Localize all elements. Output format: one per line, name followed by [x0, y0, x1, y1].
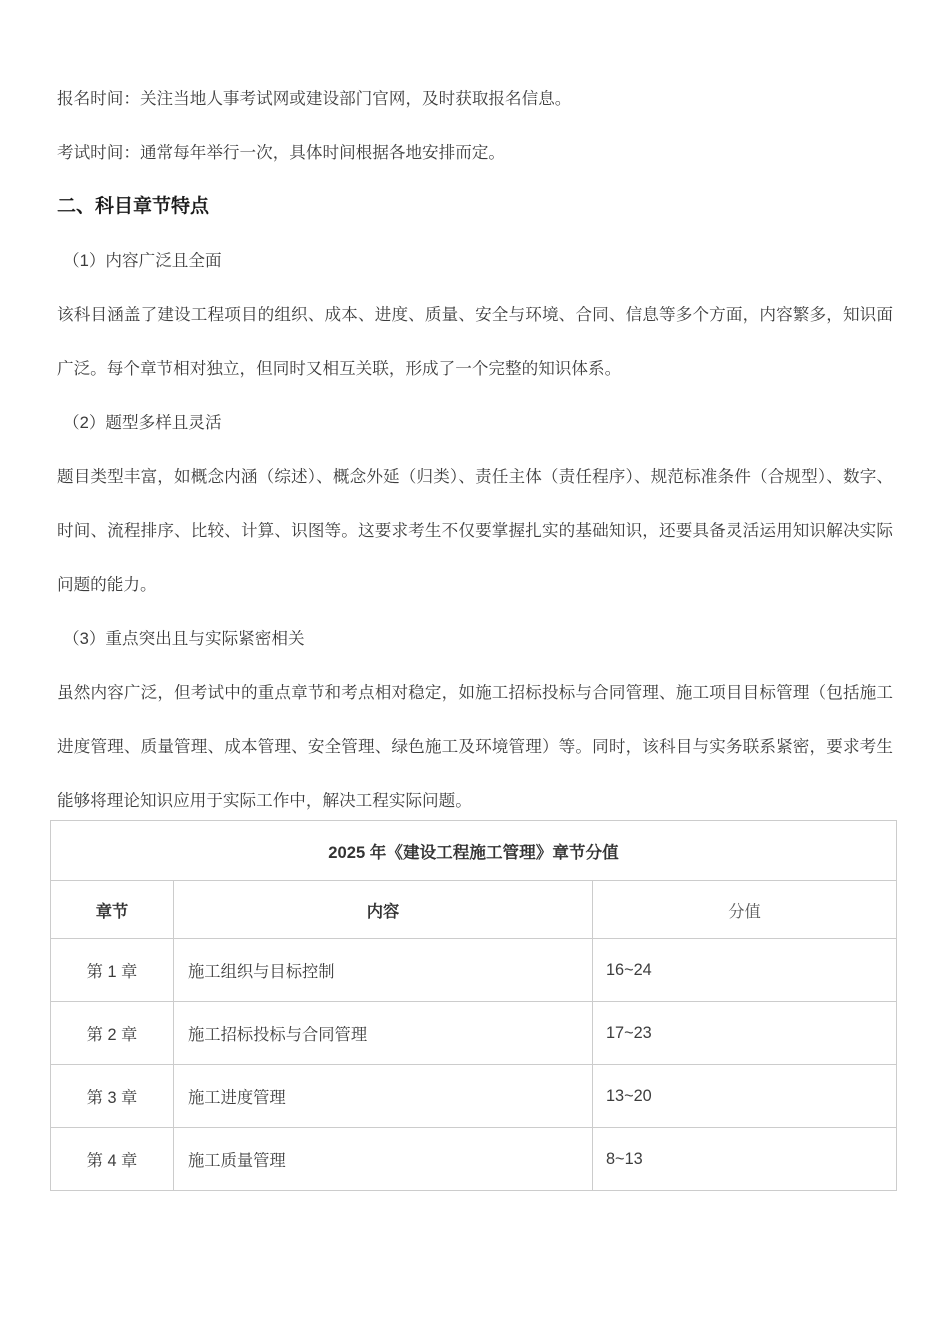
row-1-chapter: 第 1 章	[51, 939, 174, 1002]
feature-3-title: （3）重点突出且与实际紧密相关	[57, 612, 893, 666]
feature-1-title: （1）内容广泛且全面	[57, 234, 893, 288]
feature-2-body: 题目类型丰富，如概念内涵（综述）、概念外延（归类）、责任主体（责任程序）、规范标…	[57, 450, 893, 612]
feature-3-body: 虽然内容广泛，但考试中的重点章节和考点相对稳定，如施工招标投标与合同管理、施工项…	[57, 666, 893, 828]
row-2-content: 施工招标投标与合同管理	[174, 1002, 593, 1065]
exam-time-line: 考试时间：通常每年举行一次，具体时间根据各地安排而定。	[57, 126, 893, 180]
registration-time-line: 报名时间：关注当地人事考试网或建设部门官网，及时获取报名信息。	[57, 72, 893, 126]
chapter-score-table: 2025 年《建设工程施工管理》章节分值 章节 内容 分值 第 1 章 施工组织…	[50, 820, 897, 1191]
row-2-score: 17~23	[593, 1002, 897, 1065]
table-row: 第 4 章 施工质量管理 8~13	[51, 1128, 897, 1191]
header-chapter: 章节	[51, 881, 174, 939]
feature-1-body: 该科目涵盖了建设工程项目的组织、成本、进度、质量、安全与环境、合同、信息等多个方…	[57, 288, 893, 396]
header-score: 分值	[593, 881, 897, 939]
row-4-chapter: 第 4 章	[51, 1128, 174, 1191]
table-row: 第 3 章 施工进度管理 13~20	[51, 1065, 897, 1128]
row-3-chapter: 第 3 章	[51, 1065, 174, 1128]
section-heading: 二、科目章节特点	[57, 180, 893, 234]
row-1-score: 16~24	[593, 939, 897, 1002]
feature-2-title: （2）题型多样且灵活	[57, 396, 893, 450]
table-row: 第 1 章 施工组织与目标控制 16~24	[51, 939, 897, 1002]
table-title: 2025 年《建设工程施工管理》章节分值	[51, 821, 897, 881]
table-row: 第 2 章 施工招标投标与合同管理 17~23	[51, 1002, 897, 1065]
row-2-chapter: 第 2 章	[51, 1002, 174, 1065]
row-4-content: 施工质量管理	[174, 1128, 593, 1191]
row-1-content: 施工组织与目标控制	[174, 939, 593, 1002]
row-4-score: 8~13	[593, 1128, 897, 1191]
document-page: 报名时间：关注当地人事考试网或建设部门官网，及时获取报名信息。 考试时间：通常每…	[0, 0, 950, 1344]
table-title-row: 2025 年《建设工程施工管理》章节分值	[51, 821, 897, 881]
row-3-content: 施工进度管理	[174, 1065, 593, 1128]
table-header-row: 章节 内容 分值	[51, 881, 897, 939]
header-content: 内容	[174, 881, 593, 939]
row-3-score: 13~20	[593, 1065, 897, 1128]
